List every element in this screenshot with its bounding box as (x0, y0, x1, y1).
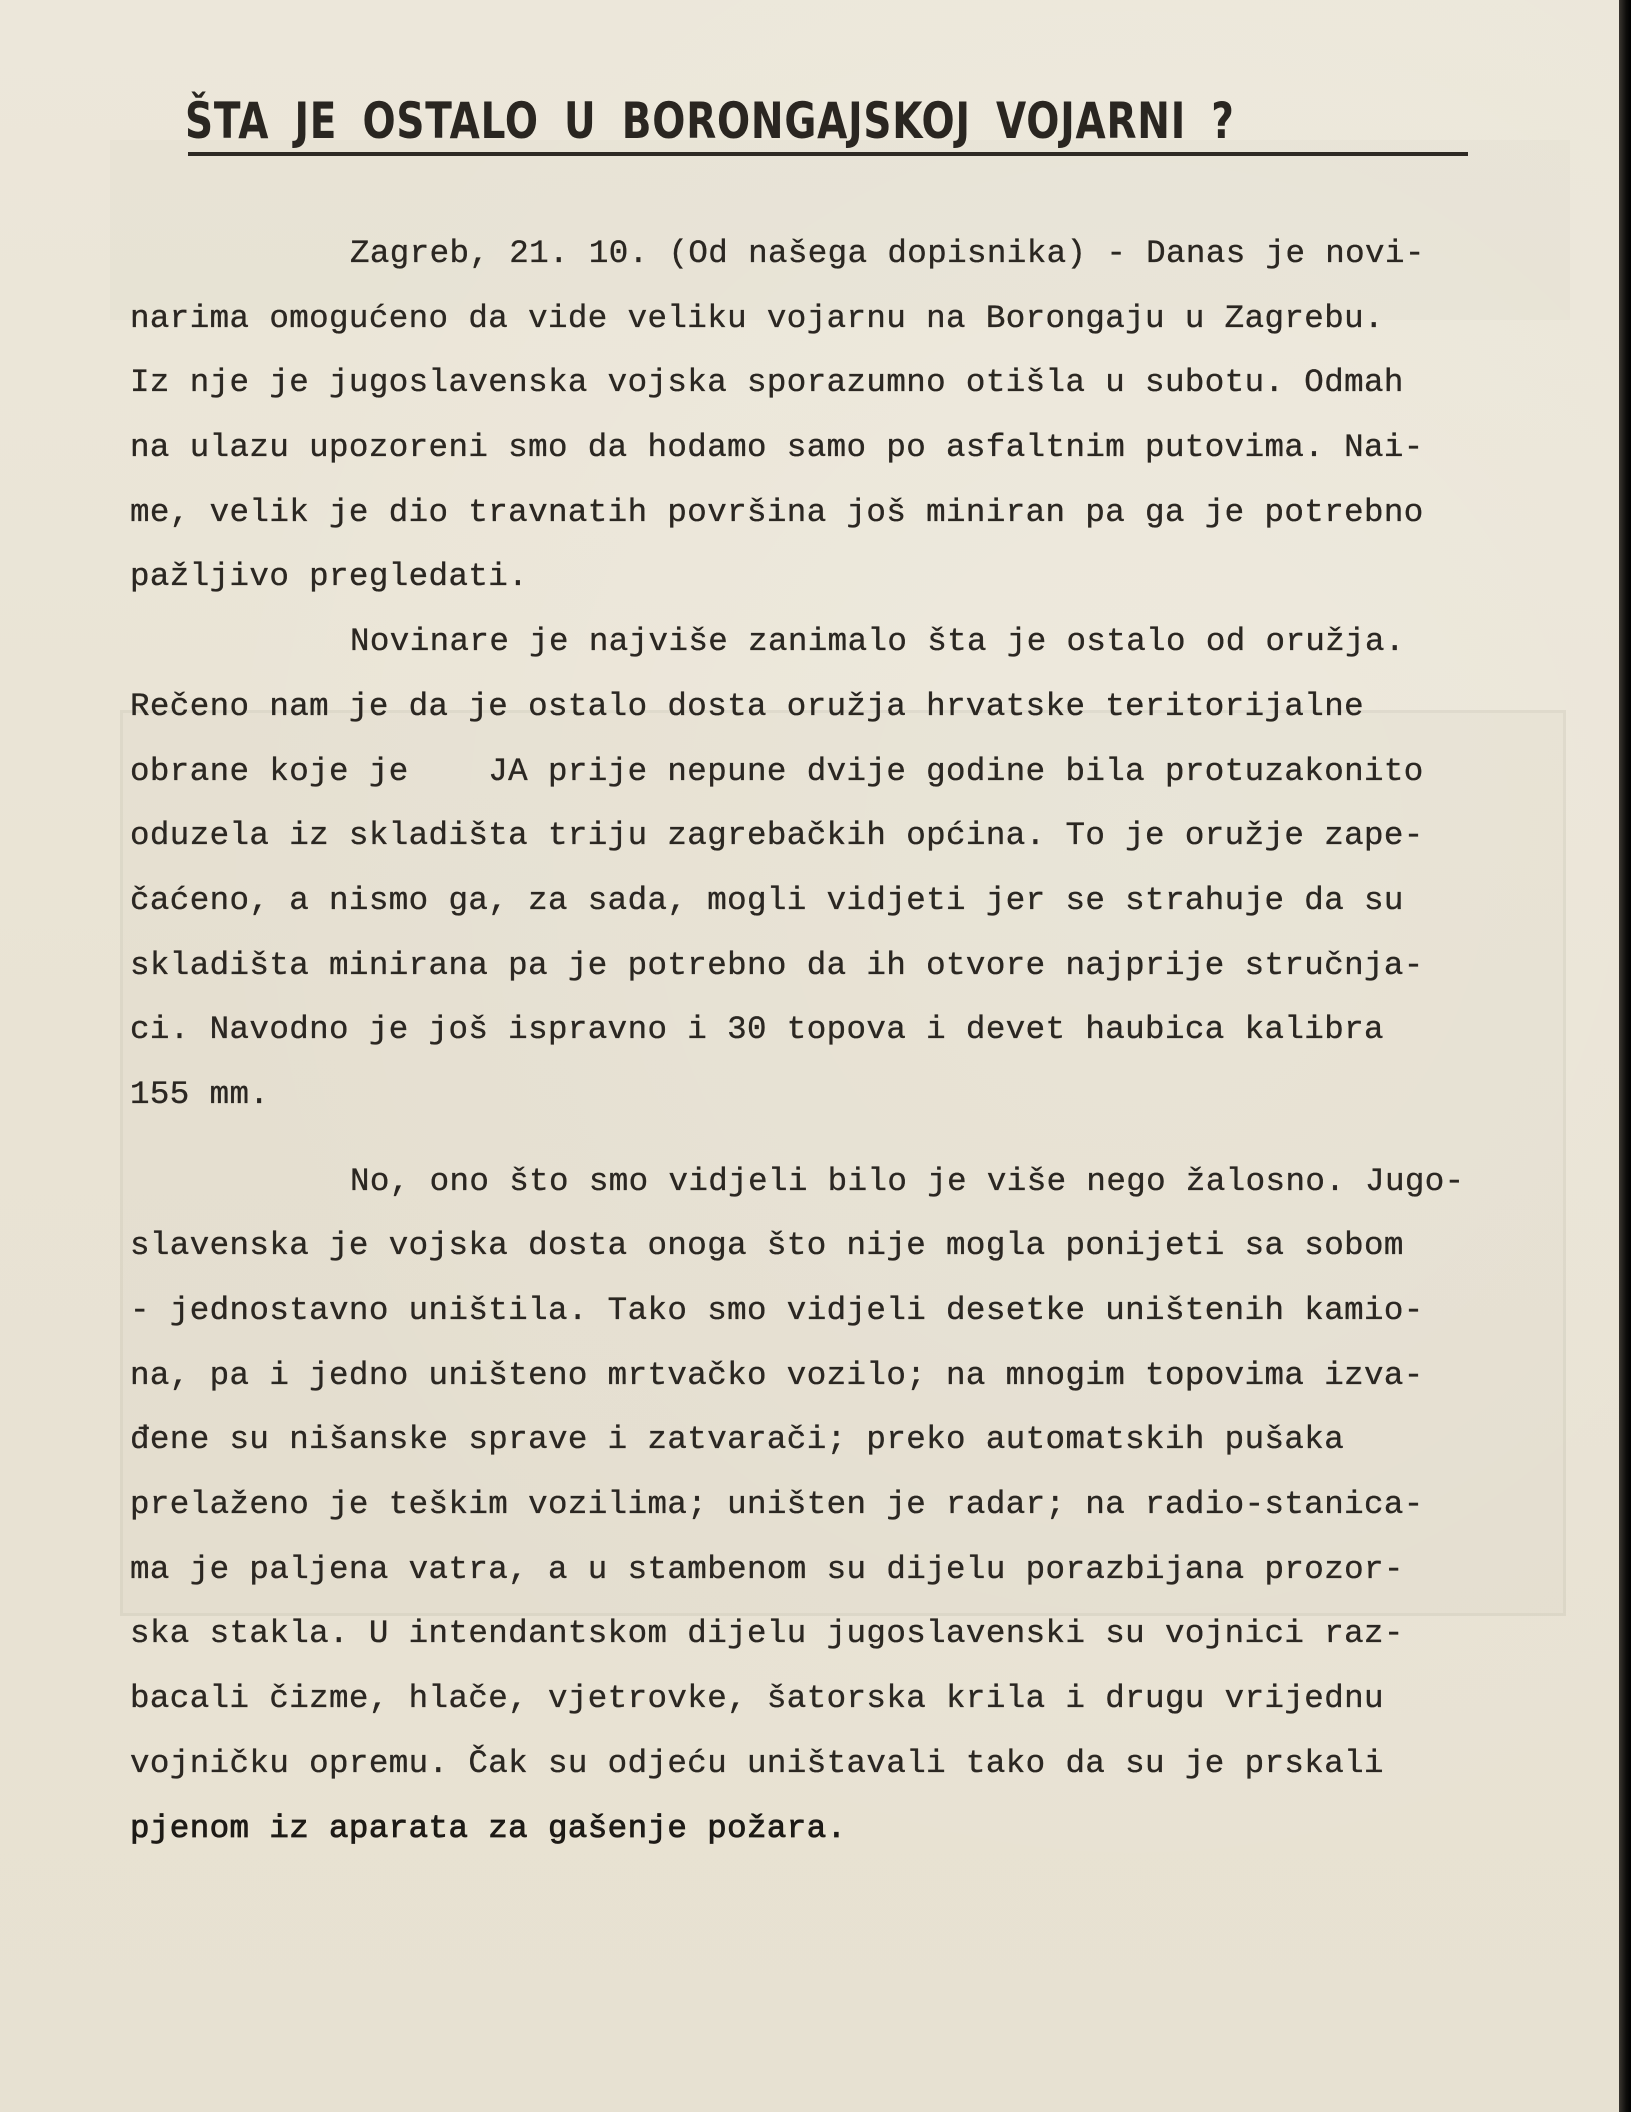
headline-underline (188, 152, 1468, 156)
text-line: na ulazu upozoreni smo da hodamo samo po… (130, 416, 1610, 481)
text-line: na, pa i jedno uništeno mrtvačko vozilo;… (130, 1344, 1610, 1409)
text-line: pjenom iz aparata za gašenje požara. (130, 1797, 1610, 1862)
article-body: Zagreb, 21. 10. (Od našega dopisnika) - … (130, 222, 1610, 1861)
text-line: oduzela iz skladišta triju zagrebačkih o… (130, 804, 1610, 869)
text-line: ci. Navodno je još ispravno i 30 topova … (130, 998, 1610, 1063)
text-line: bacali čizme, hlače, vjetrovke, šatorska… (130, 1667, 1610, 1732)
text-line: prelaženo je teškim vozilima; uništen je… (130, 1473, 1610, 1538)
text-line: đene su nišanske sprave i zatvarači; pre… (130, 1408, 1610, 1473)
text-line: vojničku opremu. Čak su odjeću uništaval… (130, 1732, 1610, 1797)
text-line: slavenska je vojska dosta onoga što nije… (130, 1214, 1610, 1279)
text-line: obrane koje je JA prije nepune dvije god… (130, 740, 1610, 805)
text-line: me, velik je dio travnatih površina još … (130, 481, 1610, 546)
text-line: Novinare je najviše zanimalo šta je osta… (130, 610, 1610, 675)
text-line: narima omogućeno da vide veliku vojarnu … (130, 287, 1610, 352)
text-line: 155 mm. (130, 1063, 1610, 1128)
text-line: Iz nje je jugoslavenska vojska sporazumn… (130, 351, 1610, 416)
scanned-page: ŠTA JE OSTALO U BORONGAJSKOJ VOJARNI ? Z… (0, 0, 1620, 2112)
text-line: pažljivo pregledati. (130, 545, 1610, 610)
text-line: No, ono što smo vidjeli bilo je više neg… (130, 1150, 1610, 1215)
text-line: skladišta minirana pa je potrebno da ih … (130, 934, 1610, 999)
text-line: Zagreb, 21. 10. (Od našega dopisnika) - … (130, 222, 1610, 287)
headline: ŠTA JE OSTALO U BORONGAJSKOJ VOJARNI ? (185, 92, 1199, 150)
text-line: - jednostavno uništila. Tako smo vidjeli… (130, 1279, 1610, 1344)
text-line: ska stakla. U intendantskom dijelu jugos… (130, 1602, 1610, 1667)
scan-edge (1619, 0, 1631, 2112)
text-line: ma je paljena vatra, a u stambenom su di… (130, 1538, 1610, 1603)
text-line: čaćeno, a nismo ga, za sada, mogli vidje… (130, 869, 1610, 934)
text-line: Rečeno nam je da je ostalo dosta oružja … (130, 675, 1610, 740)
